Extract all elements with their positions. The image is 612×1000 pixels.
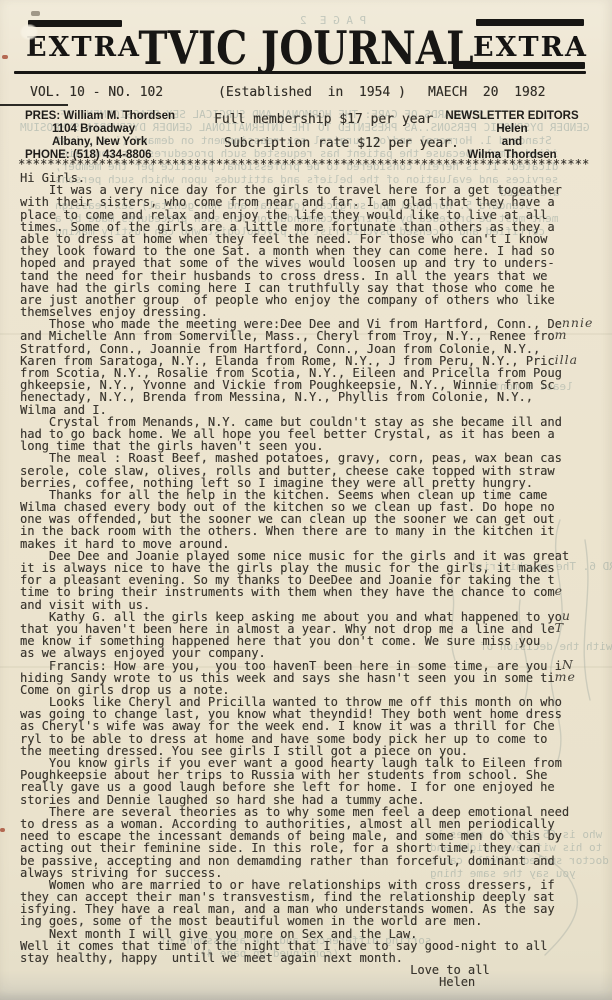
volume-number: VOL. 10 - NO. 102: [30, 85, 163, 100]
handwritten-correction: me: [555, 669, 576, 684]
red-pencil-mark: [2, 55, 8, 59]
issue-line-rule: [0, 104, 68, 106]
handwritten-correction: illa: [555, 352, 578, 367]
editors-and: and: [436, 136, 588, 149]
newsletter-page: P A G E 2STANDARDS OF CARE: THE HORMONAL…: [0, 0, 612, 1000]
ink-smudge: [31, 11, 40, 16]
newsletter-editors-block: NEWSLETTER EDITORS Helen and Wilma Thord…: [436, 110, 588, 162]
president-street: 1104 Broadway: [25, 123, 175, 136]
masthead-bar-left-top: [28, 20, 122, 27]
established-label: (Established in 1954 ): [218, 85, 406, 100]
torn-corner-mark: [20, 24, 38, 40]
extra-right-label: EXTRA: [473, 32, 588, 63]
handwritten-correction: e: [555, 583, 563, 598]
editor-name-1: Helen: [436, 123, 588, 136]
president-address-block: PRES: William M. Thordsen 1104 Broadway …: [25, 110, 175, 162]
extra-left-label: EXTRA: [26, 32, 141, 63]
masthead-bar-right-top: [476, 19, 584, 26]
president-name: PRES: William M. Thordsen: [25, 110, 175, 123]
subscription-fee: Subcription rate $12 per year.: [224, 136, 459, 151]
body-line: Helen: [20, 976, 596, 988]
red-pencil-mark: [0, 828, 5, 832]
asterisk-separator: ****************************************…: [18, 157, 589, 171]
membership-fee: Full membership $17 per year: [214, 112, 433, 127]
letter-body: Hi Girls. It was a very nice day for the…: [20, 172, 596, 989]
handwritten-correction: m: [555, 327, 568, 342]
typed-text: Helen: [20, 975, 475, 989]
journal-title: TVIC JOURNAL: [138, 21, 473, 75]
masthead: EXTRA TVIC JOURNAL EXTRA: [0, 0, 612, 80]
issue-date: MAECH 20 1982: [428, 85, 545, 100]
handwritten-correction: T: [555, 620, 564, 635]
president-city: Albany, New York: [25, 136, 175, 149]
editors-heading: NEWSLETTER EDITORS: [436, 110, 588, 123]
